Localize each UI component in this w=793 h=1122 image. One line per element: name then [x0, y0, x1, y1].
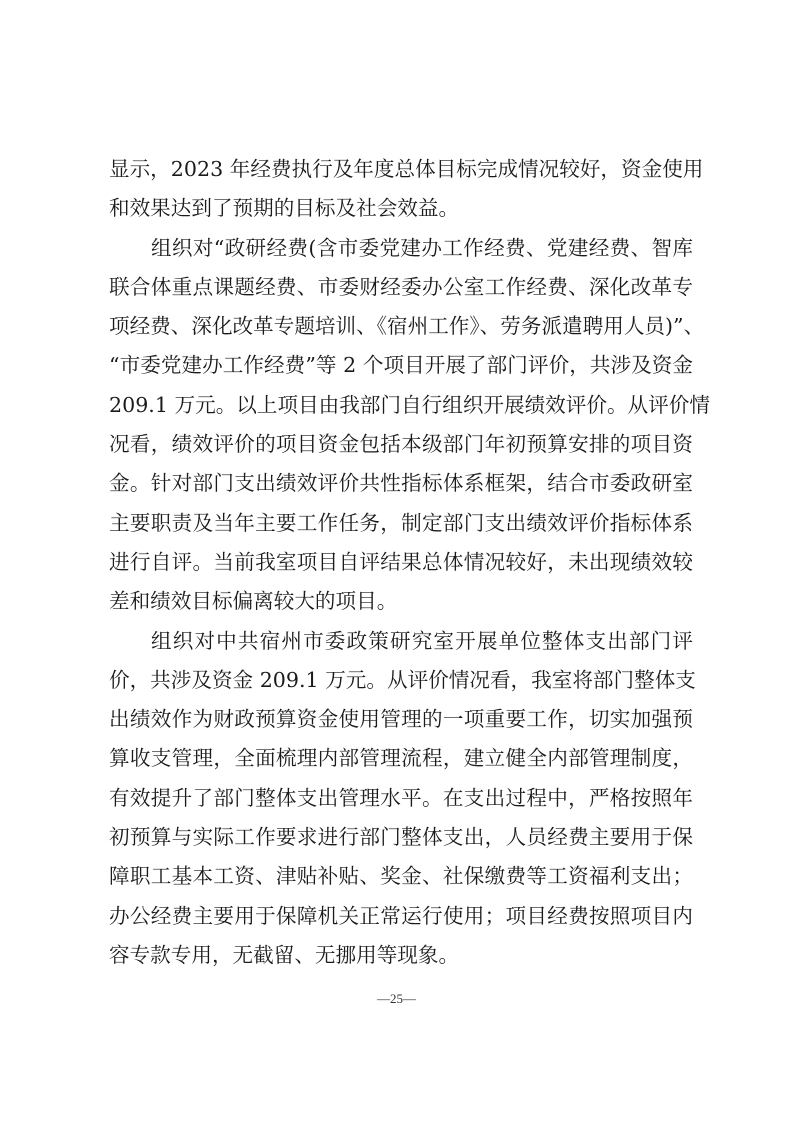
- text-line: 算收支管理，全面梳理内部管理流程，建立健全内部管理制度，: [109, 739, 693, 778]
- body-text: 显示，2023 年经费执行及年度总体目标完成情况较好，资金使用 和效果达到了预期…: [109, 150, 693, 975]
- text-line: 进行自评。当前我室项目自评结果总体情况较好，未出现绩效较: [109, 543, 693, 582]
- page-number: —25—: [0, 989, 793, 1009]
- text-line: 联合体重点课题经费、市委财经委办公室工作经费、深化改革专: [109, 268, 693, 307]
- text-line: “市委党建办工作经费”等 2 个项目开展了部门评价，共涉及资金: [109, 346, 693, 385]
- text-line: 况看，绩效评价的项目资金包括本级部门年初预算安排的项目资: [109, 425, 693, 464]
- text-line: 办公经费主要用于保障机关正常运行使用；项目经费按照项目内: [109, 897, 693, 936]
- text-line: 和效果达到了预期的目标及社会效益。: [109, 189, 693, 228]
- text-line: 209.1 万元。以上项目由我部门自行组织开展绩效评价。从评价情: [109, 386, 693, 425]
- text-line: 金。针对部门支出绩效评价共性指标体系框架，结合市委政研室: [109, 464, 693, 503]
- text-line: 价，共涉及资金 209.1 万元。从评价情况看，我室将部门整体支: [109, 661, 693, 700]
- document-page: 显示，2023 年经费执行及年度总体目标完成情况较好，资金使用 和效果达到了预期…: [0, 0, 793, 1122]
- text-line: 出绩效作为财政预算资金使用管理的一项重要工作，切实加强预: [109, 700, 693, 739]
- text-line: 差和绩效目标偏离较大的项目。: [109, 582, 693, 621]
- text-line: 障职工基本工资、津贴补贴、奖金、社保缴费等工资福利支出；: [109, 857, 693, 896]
- text-line: 主要职责及当年主要工作任务，制定部门支出绩效评价指标体系: [109, 504, 693, 543]
- text-line: 项经费、深化改革专题培训、《宿州工作》、劳务派遣聘用人员)”、: [109, 307, 693, 346]
- text-line: 组织对中共宿州市委政策研究室开展单位整体支出部门评: [109, 622, 693, 661]
- text-line: 有效提升了部门整体支出管理水平。在支出过程中，严格按照年: [109, 779, 693, 818]
- text-line: 初预算与实际工作要求进行部门整体支出，人员经费主要用于保: [109, 818, 693, 857]
- text-line: 显示，2023 年经费执行及年度总体目标完成情况较好，资金使用: [109, 150, 693, 189]
- text-line: 容专款专用，无截留、无挪用等现象。: [109, 936, 693, 975]
- text-line: 组织对“政研经费(含市委党建办工作经费、党建经费、智库: [109, 229, 693, 268]
